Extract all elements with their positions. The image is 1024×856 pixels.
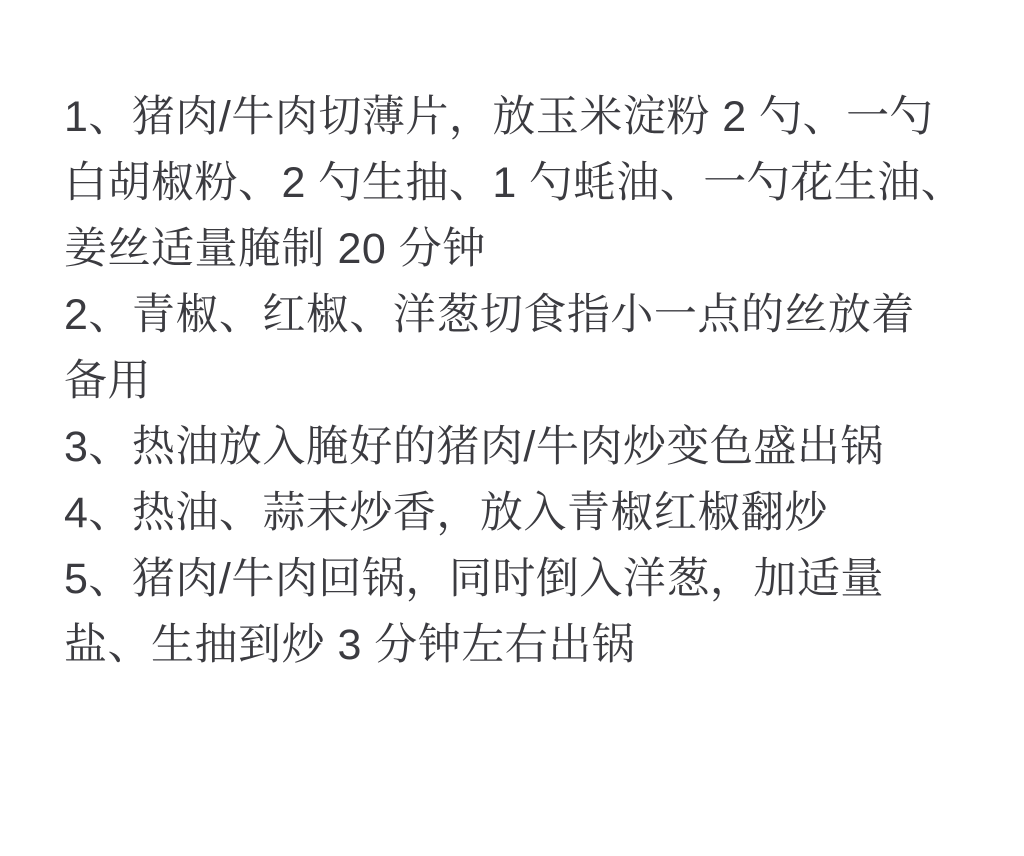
recipe-line: 3、热油放入腌好的猪肉/牛肉炒变色盛出锅 (64, 414, 996, 480)
recipe-text-block: 1、猪肉/牛肉切薄片，放玉米淀粉 2 勺、一勺 白胡椒粉、2 勺生抽、1 勺蚝油… (64, 84, 996, 678)
recipe-line: 5、猪肉/牛肉回锅，同时倒入洋葱，加适量 (64, 546, 996, 612)
recipe-line: 姜丝适量腌制 20 分钟 (64, 216, 996, 282)
recipe-line: 备用 (64, 348, 996, 414)
recipe-line: 4、热油、蒜末炒香，放入青椒红椒翻炒 (64, 480, 996, 546)
recipe-line: 2、青椒、红椒、洋葱切食指小一点的丝放着 (64, 282, 996, 348)
recipe-line: 盐、生抽到炒 3 分钟左右出锅 (64, 612, 996, 678)
recipe-line: 1、猪肉/牛肉切薄片，放玉米淀粉 2 勺、一勺 (64, 84, 996, 150)
recipe-page: 1、猪肉/牛肉切薄片，放玉米淀粉 2 勺、一勺 白胡椒粉、2 勺生抽、1 勺蚝油… (0, 0, 1024, 856)
recipe-line: 白胡椒粉、2 勺生抽、1 勺蚝油、一勺花生油、 (64, 150, 996, 216)
